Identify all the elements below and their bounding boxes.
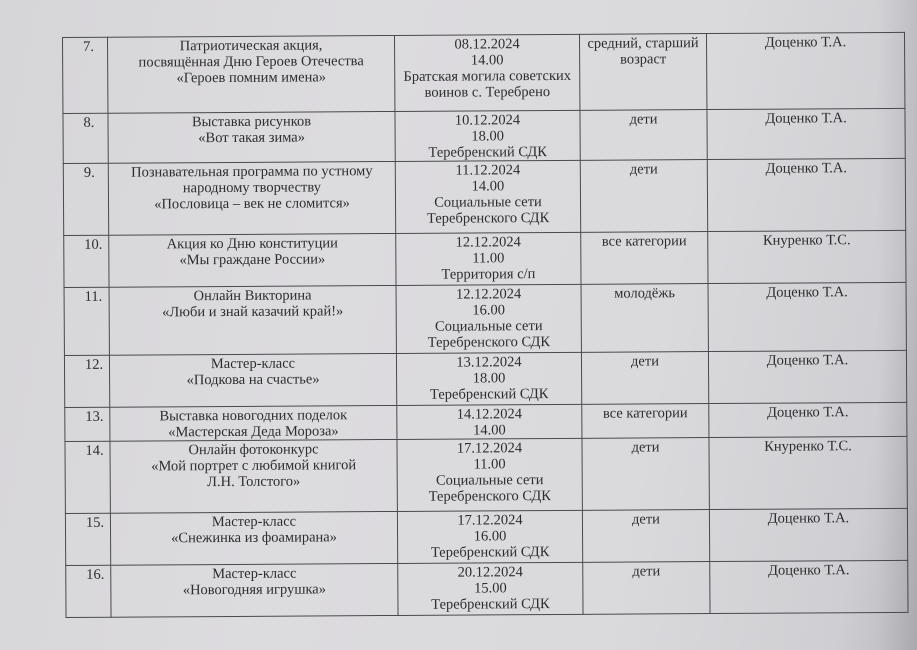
audience-line: дети — [586, 439, 704, 456]
row-number: 14. — [65, 441, 110, 513]
audience-line: все категории — [585, 233, 703, 250]
date-time-place-cell: 17.12.202411.00Социальные сетиТеребренск… — [397, 438, 582, 511]
title-line: Мастер-класс — [115, 513, 393, 531]
title-line: народному творчеству — [113, 179, 391, 197]
title-line: «Вот такая зима» — [113, 129, 391, 147]
when-line: 18.00 — [401, 370, 577, 387]
when-line: Социальные сети — [401, 318, 577, 335]
document-photo: 7. Патриотическая акция,посвящённая Дню … — [0, 0, 917, 650]
date-time-place-cell: 12.12.202411.00Территория с/п — [396, 232, 581, 285]
title-line: «Мы граждане России» — [113, 251, 391, 269]
when-line: 18.00 — [400, 128, 576, 145]
title-line: «Снежинка из фоамирана» — [115, 529, 393, 547]
audience-line: молодёжь — [586, 285, 704, 302]
event-title-cell: Мастер-класс«Подкова на счастье» — [109, 353, 396, 407]
when-line: Теребренский СДК — [402, 596, 578, 613]
title-line: «Мой портрет с любимой книгой — [115, 457, 393, 475]
table-row: 14. Онлайн фотоконкурс«Мой портрет с люб… — [65, 436, 907, 513]
title-line: Онлайн фотоконкурс — [114, 441, 392, 459]
responsible-cell: Доценко Т.А. — [708, 282, 906, 351]
title-line: Выставка рисунков — [112, 113, 390, 131]
table-row: 8. Выставка рисунков«Вот такая зима» 10.… — [63, 108, 905, 163]
title-line: «Люби и знай казачий край!» — [114, 303, 392, 321]
title-line: Мастер-класс — [114, 355, 392, 373]
title-line: Онлайн Викторина — [114, 287, 392, 305]
when-line: Теребренского СДК — [400, 210, 576, 227]
when-line: 20.12.2024 — [402, 564, 578, 581]
audience-line: возраст — [584, 51, 702, 68]
date-time-place-cell: 20.12.202415.00Теребренский СДК — [398, 562, 583, 615]
event-title-cell: Познавательная программа по устномународ… — [108, 161, 395, 235]
audience-cell: дети — [581, 352, 708, 405]
responsible-cell: Доценко Т.А. — [708, 350, 906, 403]
when-line: 16.00 — [401, 302, 577, 319]
when-line: Теребренского СДК — [402, 488, 578, 505]
audience-line: все категории — [586, 405, 704, 422]
audience-cell: дети — [582, 438, 709, 511]
row-number: 15. — [65, 513, 110, 565]
date-time-place-cell: 13.12.202418.00Теребренский СДК — [396, 352, 581, 405]
responsible-cell: Доценко Т.А. — [707, 108, 905, 159]
title-line: «Мастерская Деда Мороза» — [114, 423, 392, 441]
responsible-cell: Кнуренко Т.С. — [708, 230, 906, 283]
event-title-cell: Онлайн Викторина«Люби и знай казачий кра… — [109, 285, 396, 355]
events-table-body: 7. Патриотическая акция,посвящённая Дню … — [63, 32, 909, 617]
table-row: 16. Мастер-класс«Новогодняя игрушка» 20.… — [66, 560, 908, 617]
when-line: Социальные сети — [400, 194, 576, 211]
when-line: 12.12.2024 — [400, 234, 576, 251]
table-row: 11. Онлайн Викторина«Люби и знай казачий… — [64, 282, 906, 355]
audience-cell: все категории — [582, 404, 709, 439]
row-number: 7. — [63, 37, 108, 113]
when-line: 13.12.2024 — [401, 354, 577, 371]
date-time-place-cell: 08.12.202414.00Братская могила советских… — [394, 34, 579, 111]
event-title-cell: Патриотическая акция,посвящённая Дню Гер… — [108, 35, 395, 113]
audience-line: дети — [585, 161, 703, 178]
when-line: 12.12.2024 — [401, 286, 577, 303]
row-number: 11. — [64, 287, 109, 355]
when-line: 14.00 — [400, 178, 576, 195]
audience-line: средний, старший — [584, 35, 702, 52]
when-line: 15.00 — [402, 580, 578, 597]
title-line: Выставка новогодних поделок — [114, 407, 392, 425]
event-title-cell: Выставка новогодних поделок«Мастерская Д… — [110, 405, 397, 441]
title-line: Патриотическая акция, — [112, 37, 390, 55]
date-time-place-cell: 14.12.202414.00 — [397, 404, 582, 439]
when-line: 10.12.2024 — [399, 112, 575, 129]
when-line: Теребренский СДК — [401, 386, 577, 403]
row-number: 13. — [65, 407, 110, 441]
table-row: 10. Акция ко Дню конституции«Мы граждане… — [64, 230, 906, 287]
audience-cell: все категории — [581, 232, 708, 285]
title-line: Мастер-класс — [115, 565, 393, 583]
event-title-cell: Мастер-класс«Новогодняя игрушка» — [111, 563, 398, 617]
when-line: 14.00 — [399, 52, 575, 69]
row-number: 9. — [63, 163, 108, 235]
audience-line: дети — [586, 353, 704, 370]
row-number: 12. — [64, 355, 109, 407]
when-line: 08.12.2024 — [399, 36, 575, 53]
audience-cell: дети — [583, 562, 710, 615]
when-line: воинов с. Теребрено — [399, 84, 575, 101]
audience-line: дети — [587, 563, 705, 580]
date-time-place-cell: 17.12.202416.00Теребренский СДК — [397, 510, 582, 563]
audience-cell: дети — [580, 110, 707, 161]
when-line: Территория с/п — [400, 266, 576, 283]
audience-cell: дети — [582, 510, 709, 563]
date-time-place-cell: 10.12.202418.00Теребренский СДК — [395, 110, 580, 161]
when-line: 14.12.2024 — [401, 406, 577, 423]
when-line: Теребренский СДК — [400, 144, 576, 161]
when-line: 17.12.2024 — [401, 440, 577, 457]
date-time-place-cell: 11.12.202414.00Социальные сетиТеребренск… — [395, 160, 580, 233]
responsible-cell: Доценко Т.А. — [709, 402, 907, 437]
responsible-cell: Доценко Т.А. — [706, 32, 904, 109]
title-line: «Новогодняя игрушка» — [115, 581, 393, 599]
table-row: 9. Познавательная программа по устномуна… — [63, 158, 905, 235]
responsible-cell: Кнуренко Т.С. — [709, 436, 907, 509]
event-title-cell: Онлайн фотоконкурс«Мой портрет с любимой… — [110, 439, 397, 513]
when-line: 11.00 — [400, 250, 576, 267]
when-line: Теребренского СДК — [401, 334, 577, 351]
title-line: Л.Н. Толстого» — [115, 473, 393, 491]
responsible-cell: Доценко Т.А. — [710, 560, 908, 613]
when-line: Теребренский СДК — [402, 544, 578, 561]
audience-cell: средний, старшийвозраст — [579, 34, 706, 111]
when-line: 11.00 — [402, 456, 578, 473]
title-line: «Героев помним имена» — [112, 69, 390, 87]
table-row: 13. Выставка новогодних поделок«Мастерск… — [65, 402, 907, 441]
table-row: 15. Мастер-класс«Снежинка из фоамирана» … — [65, 508, 907, 565]
row-number: 16. — [66, 565, 111, 617]
title-line: Познавательная программа по устному — [113, 163, 391, 181]
audience-line: дети — [587, 511, 705, 528]
when-line: 16.00 — [402, 528, 578, 545]
table-row: 7. Патриотическая акция,посвящённая Дню … — [63, 32, 905, 113]
responsible-cell: Доценко Т.А. — [709, 508, 907, 561]
event-title-cell: Выставка рисунков«Вот такая зима» — [108, 111, 395, 163]
event-title-cell: Акция ко Дню конституции«Мы граждане Рос… — [109, 233, 396, 287]
table-row: 12. Мастер-класс«Подкова на счастье» 13.… — [64, 350, 906, 407]
title-line: посвящённая Дню Героев Отечества — [112, 53, 390, 71]
date-time-place-cell: 12.12.202416.00Социальные сетиТеребренск… — [396, 284, 581, 353]
when-line: Социальные сети — [402, 472, 578, 489]
paper-sheet: 7. Патриотическая акция,посвящённая Дню … — [62, 32, 908, 618]
row-number: 10. — [64, 235, 109, 287]
audience-cell: дети — [580, 160, 707, 233]
title-line: Акция ко Дню конституции — [113, 235, 391, 253]
when-line: Братская могила советских — [399, 68, 575, 85]
event-title-cell: Мастер-класс«Снежинка из фоамирана» — [110, 511, 397, 565]
row-number: 8. — [63, 113, 108, 163]
when-line: 11.12.2024 — [400, 162, 576, 179]
events-table: 7. Патриотическая акция,посвящённая Дню … — [62, 32, 909, 618]
title-line: «Пословица – век не сломится» — [113, 195, 391, 213]
when-line: 14.00 — [401, 422, 577, 439]
audience-line: дети — [584, 111, 702, 128]
when-line: 17.12.2024 — [402, 512, 578, 529]
title-line: «Подкова на счастье» — [114, 371, 392, 389]
audience-cell: молодёжь — [581, 284, 708, 353]
responsible-cell: Доценко Т.А. — [707, 158, 905, 231]
